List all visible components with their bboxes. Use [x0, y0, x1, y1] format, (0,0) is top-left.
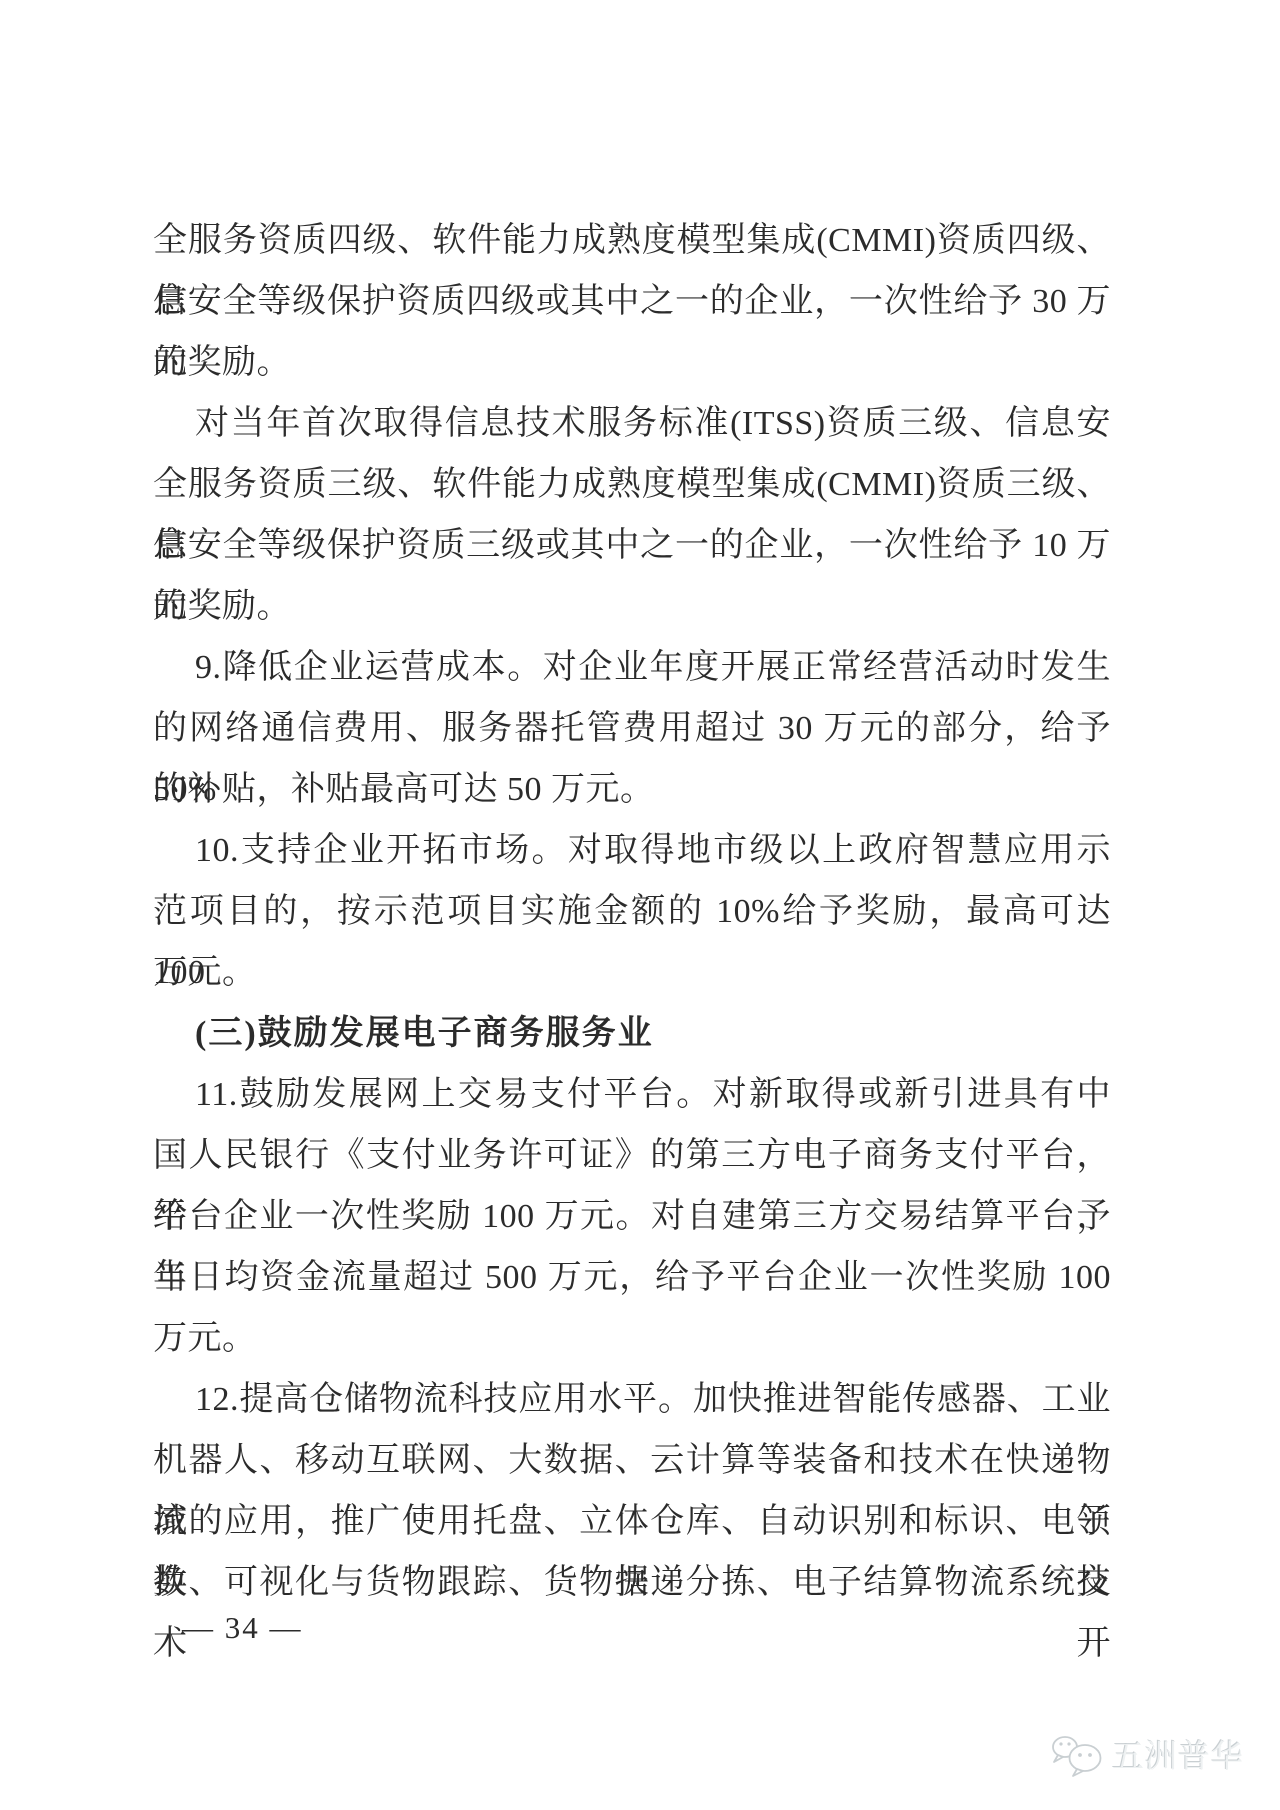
text-line: 息安全等级保护资质三级或其中之一的企业，一次性给予 10 万元: [153, 515, 1111, 576]
wechat-chat-bubbles-icon: [1048, 1732, 1106, 1780]
brand-watermark: 五洲普华: [1048, 1732, 1244, 1780]
text-line: 11.鼓励发展网上交易支付平台。对新取得或新引进具有中: [153, 1064, 1111, 1125]
paragraph: 对当年首次取得信息技术服务标准(ITSS)资质三级、信息安全服务资质三级、软件能…: [153, 393, 1111, 637]
text-line: 国人民银行《支付业务许可证》的第三方电子商务支付平台，给予: [153, 1125, 1111, 1186]
text-line: 域的应用，推广使用托盘、立体仓库、自动识别和标识、电子数据交: [153, 1491, 1111, 1552]
paragraph: 9.降低企业运营成本。对企业年度开展正常经营活动时发生的网络通信费用、服务器托管…: [153, 637, 1111, 820]
text-line: 10.支持企业开拓市场。对取得地市级以上政府智慧应用示: [153, 820, 1111, 881]
text-line: 息安全等级保护资质四级或其中之一的企业，一次性给予 30 万元: [153, 271, 1111, 332]
text-line: (三)鼓励发展电子商务服务业: [153, 1003, 1111, 1064]
text-line: 全服务资质四级、软件能力成熟度模型集成(CMMI)资质四级、信: [153, 210, 1111, 271]
document-body: 全服务资质四级、软件能力成熟度模型集成(CMMI)资质四级、信息安全等级保护资质…: [153, 210, 1111, 1613]
paragraph: 全服务资质四级、软件能力成熟度模型集成(CMMI)资质四级、信息安全等级保护资质…: [153, 210, 1111, 393]
text-line: 平台企业一次性奖励 100 万元。对自建第三方交易结算平台，当: [153, 1186, 1111, 1247]
text-line: 的奖励。: [153, 576, 1111, 637]
text-line: 12.提高仓储物流科技应用水平。加快推进智能传感器、工业: [153, 1369, 1111, 1430]
section-heading: (三)鼓励发展电子商务服务业: [153, 1003, 1111, 1064]
text-line: 机器人、移动互联网、大数据、云计算等装备和技术在快递物流领: [153, 1430, 1111, 1491]
text-line: 9.降低企业运营成本。对企业年度开展正常经营活动时发生: [153, 637, 1111, 698]
text-line: 换、可视化与货物跟踪、货物快递分拣、电子结算物流系统技术开: [153, 1552, 1111, 1613]
document-page: 全服务资质四级、软件能力成熟度模型集成(CMMI)资质四级、信息安全等级保护资质…: [0, 0, 1280, 1810]
text-line: 的奖励。: [153, 332, 1111, 393]
paragraph: 10.支持企业开拓市场。对取得地市级以上政府智慧应用示范项目的，按示范项目实施金…: [153, 820, 1111, 1003]
text-line: 的网络通信费用、服务器托管费用超过 30 万元的部分，给予 50%: [153, 698, 1111, 759]
page-number: — 34 —: [182, 1608, 303, 1648]
text-line: 范项目的，按示范项目实施金额的 10%给予奖励，最高可达 100: [153, 881, 1111, 942]
paragraph: 12.提高仓储物流科技应用水平。加快推进智能传感器、工业机器人、移动互联网、大数…: [153, 1369, 1111, 1613]
text-line: 万元。: [153, 942, 1111, 1003]
paragraph: 11.鼓励发展网上交易支付平台。对新取得或新引进具有中国人民银行《支付业务许可证…: [153, 1064, 1111, 1369]
text-line: 全服务资质三级、软件能力成熟度模型集成(CMMI)资质三级、信: [153, 454, 1111, 515]
text-line: 对当年首次取得信息技术服务标准(ITSS)资质三级、信息安: [153, 393, 1111, 454]
text-line: 年日均资金流量超过 500 万元，给予平台企业一次性奖励 100: [153, 1247, 1111, 1308]
brand-name: 五洲普华: [1112, 1734, 1244, 1778]
text-line: 万元。: [153, 1308, 1111, 1369]
text-line: 的补贴，补贴最高可达 50 万元。: [153, 759, 1111, 820]
